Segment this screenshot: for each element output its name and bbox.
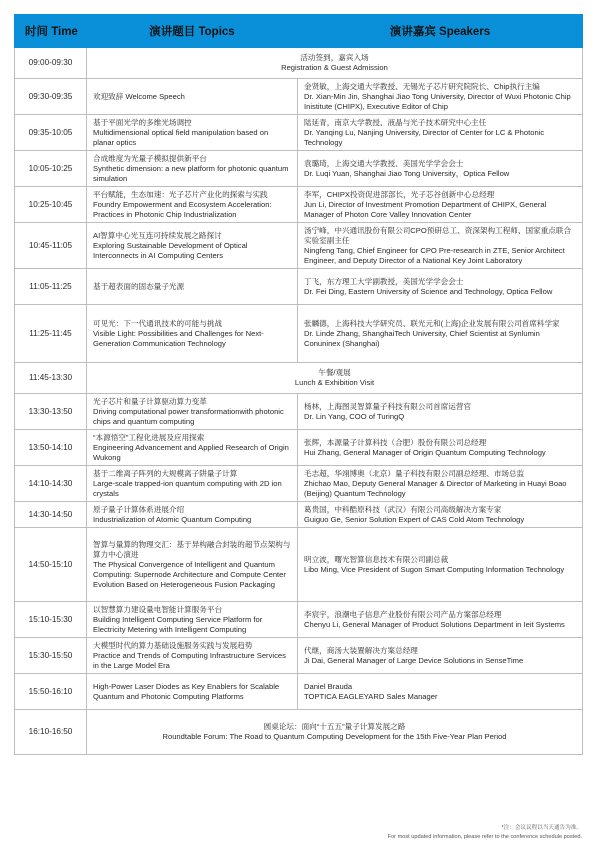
agenda-header: 时间 Time 演讲题目 Topics 演讲嘉宾 Speakers	[15, 15, 583, 48]
topic-title: 大模型时代的算力基础设施服务实践与发展趋势	[93, 641, 291, 651]
speaker-title: Guiguo Ge, Senior Solution Expert of CAS…	[304, 515, 576, 525]
agenda-row: 11:45-13:30午餐/观展Lunch & Exhibition Visit	[15, 363, 583, 394]
topic-title: 基于平面光学的多维光场调控	[93, 118, 291, 128]
header-speakers: 演讲嘉宾 Speakers	[298, 15, 583, 48]
time-cell: 10:25-10:45	[15, 187, 87, 223]
topic-title: High-Power Laser Diodes as Key Enablers …	[93, 682, 291, 702]
time-cell: 15:10-15:30	[15, 602, 87, 638]
topic-title: AI智算中心光互连可持续发展之路探讨	[93, 231, 291, 241]
speaker-cell: 毛志超，华翊博奥（北京）量子科技有限公司副总经理、市场总监Zhichao Mao…	[298, 466, 583, 502]
topic-cell: 可见光：下一代通讯技术的可能与挑战Visible Light: Possibil…	[87, 305, 298, 363]
speaker-title: Dr. Xian-Min Jin, Shanghai Jiao Tong Uni…	[304, 92, 576, 112]
agenda-row: 11:05-11:25基于超表面的固态量子光源丁飞，东方理工大学副教授，美国光学…	[15, 269, 583, 305]
time-cell: 09:35-10:05	[15, 115, 87, 151]
topic-subtitle: Synthetic dimension: a new platform for …	[93, 164, 291, 184]
session-title-cn: 午餐/观展	[93, 368, 576, 378]
topic-subtitle: Building Intelligent Computing Service P…	[93, 615, 291, 635]
agenda-row: 09:00-09:30活动签到，嘉宾入场Registration & Guest…	[15, 48, 583, 79]
time-cell: 11:05-11:25	[15, 269, 87, 305]
speaker-name: 汤宁峰，中兴通讯股份有限公司CPO预研总工、资深架构工程师、国家重点联合实验室副…	[304, 226, 576, 246]
speaker-name: 李宸宇，浪潮电子信息产业股份有限公司产品方案部总经理	[304, 610, 576, 620]
agenda-row: 15:50-16:10High-Power Laser Diodes as Ke…	[15, 674, 583, 710]
speaker-title: Dr. Lin Yang, COO of TuringQ	[304, 412, 576, 422]
agenda-row: 14:50-15:10智算与量算的物理交汇：基于异构融合封装的超节点架构与算力中…	[15, 528, 583, 602]
topic-title: 可见光：下一代通讯技术的可能与挑战	[93, 319, 291, 329]
agenda-row: 09:35-10:05基于平面光学的多维光场调控Multidimensional…	[15, 115, 583, 151]
header-time: 时间 Time	[15, 15, 87, 48]
time-cell: 11:25-11:45	[15, 305, 87, 363]
time-cell: 14:10-14:30	[15, 466, 87, 502]
agenda-row: 09:30-09:35欢迎致辞 Welcome Speech金贤敏，上海交通大学…	[15, 79, 583, 115]
topic-cell: 原子量子计算体系进展介绍Industrialization of Atomic …	[87, 502, 298, 528]
agenda-row: 15:30-15:50大模型时代的算力基础设施服务实践与发展趋势Practice…	[15, 638, 583, 674]
topic-subtitle: Foundry Empowerment and Ecosystem Accele…	[93, 200, 291, 220]
speaker-cell: 李宸宇，浪潮电子信息产业股份有限公司产品方案部总经理Chenyu Li, Gen…	[298, 602, 583, 638]
topic-cell: 平台赋能，生态加速：光子芯片产业化的探索与实践Foundry Empowerme…	[87, 187, 298, 223]
time-cell: 09:30-09:35	[15, 79, 87, 115]
time-cell: 09:00-09:30	[15, 48, 87, 79]
agenda-row: 10:25-10:45平台赋能，生态加速：光子芯片产业化的探索与实践Foundr…	[15, 187, 583, 223]
speaker-name: 毛志超，华翊博奥（北京）量子科技有限公司副总经理、市场总监	[304, 469, 576, 479]
speaker-title: Zhichao Mao, Deputy General Manager & Di…	[304, 479, 576, 499]
speaker-cell: 张麟德，上海科技大学研究员、联光元和(上海)企业发展有限公司首席科学家Dr. L…	[298, 305, 583, 363]
header-topics: 演讲题目 Topics	[87, 15, 298, 48]
session-cell: 圆桌论坛：面向“十五五”量子计算发展之路Roundtable Forum: Th…	[87, 710, 583, 755]
topic-subtitle: The Physical Convergence of Intelligent …	[93, 560, 291, 590]
session-title-en: Registration & Guest Admission	[93, 63, 576, 73]
topic-subtitle: Engineering Advancement and Applied Rese…	[93, 443, 291, 463]
speaker-name: 代继，商汤大装置解决方案总经理	[304, 646, 576, 656]
speaker-name: 明立波，曙光智算信息技术有限公司副总裁	[304, 555, 576, 565]
speaker-name: 葛贵国，中科酷原科技（武汉）有限公司高级解决方案专家	[304, 505, 576, 515]
topic-cell: 大模型时代的算力基础设施服务实践与发展趋势Practice and Trends…	[87, 638, 298, 674]
session-cell: 活动签到，嘉宾入场Registration & Guest Admission	[87, 48, 583, 79]
topic-cell: “本源悟空”工程化进展及应用探索Engineering Advancement …	[87, 430, 298, 466]
time-cell: 11:45-13:30	[15, 363, 87, 394]
agenda-body: 09:00-09:30活动签到，嘉宾入场Registration & Guest…	[15, 48, 583, 755]
speaker-title: Ningfeng Tang, Chief Engineer for CPO Pr…	[304, 246, 576, 266]
agenda-row: 13:50-14:10“本源悟空”工程化进展及应用探索Engineering A…	[15, 430, 583, 466]
topic-subtitle: Visible Light: Possibilities and Challen…	[93, 329, 291, 349]
speaker-title: Chenyu Li, General Manager of Product So…	[304, 620, 576, 630]
topic-title: “本源悟空”工程化进展及应用探索	[93, 433, 291, 443]
time-cell: 15:50-16:10	[15, 674, 87, 710]
topic-subtitle: Exploring Sustainable Development of Opt…	[93, 241, 291, 261]
speaker-title: Libo Ming, Vice President of Sugon Smart…	[304, 565, 576, 575]
speaker-cell: 杨林，上海图灵智算量子科技有限公司首席运营官Dr. Lin Yang, COO …	[298, 394, 583, 430]
agenda-row: 10:05-10:25合成维度为光量子模拟提供新平台Synthetic dime…	[15, 151, 583, 187]
speaker-cell: 代继，商汤大装置解决方案总经理Ji Dai, General Manager o…	[298, 638, 583, 674]
topic-title: 基于超表面的固态量子光源	[93, 282, 291, 292]
agenda-row: 11:25-11:45可见光：下一代通讯技术的可能与挑战Visible Ligh…	[15, 305, 583, 363]
speaker-name: 袁璐琦，上海交通大学教授、美国光学学会会士	[304, 159, 576, 169]
topic-title: 智算与量算的物理交汇：基于异构融合封装的超节点架构与算力中心演进	[93, 540, 291, 560]
speaker-cell: 葛贵国，中科酷原科技（武汉）有限公司高级解决方案专家Guiguo Ge, Sen…	[298, 502, 583, 528]
agenda-row: 16:10-16:50圆桌论坛：面向“十五五”量子计算发展之路Roundtabl…	[15, 710, 583, 755]
speaker-title: Dr. Luqi Yuan, Shanghai Jiao Tong Univer…	[304, 169, 576, 179]
topic-title: 原子量子计算体系进展介绍	[93, 505, 291, 515]
topic-title: 以智慧算力建设量电智能计算服务平台	[93, 605, 291, 615]
topic-cell: 光子芯片和量子计算驱动算力变革Driving computational pow…	[87, 394, 298, 430]
speaker-cell: 李军，CHIPX投资促进部部长，光子芯谷创新中心总经理Jun Li, Direc…	[298, 187, 583, 223]
speaker-name: 张辉，本源量子计算科技（合肥）股份有限公司总经理	[304, 438, 576, 448]
speaker-cell: 金贤敏，上海交通大学教授、无锡光子芯片研究院院长、Chip执行主编Dr. Xia…	[298, 79, 583, 115]
time-cell: 13:50-14:10	[15, 430, 87, 466]
topic-cell: 基于二维离子阵列的大规模离子阱量子计算Large-scale trapped-i…	[87, 466, 298, 502]
agenda-row: 14:10-14:30基于二维离子阵列的大规模离子阱量子计算Large-scal…	[15, 466, 583, 502]
speaker-cell: 张辉，本源量子计算科技（合肥）股份有限公司总经理Hui Zhang, Gener…	[298, 430, 583, 466]
speaker-cell: 袁璐琦，上海交通大学教授、美国光学学会会士Dr. Luqi Yuan, Shan…	[298, 151, 583, 187]
topic-cell: High-Power Laser Diodes as Key Enablers …	[87, 674, 298, 710]
topic-cell: 智算与量算的物理交汇：基于异构融合封装的超节点架构与算力中心演进The Phys…	[87, 528, 298, 602]
agenda-row: 13:30-13:50光子芯片和量子计算驱动算力变革Driving comput…	[15, 394, 583, 430]
speaker-cell: 陆延青，南京大学教授、液晶与光子技术研究中心主任Dr. Yanqing Lu, …	[298, 115, 583, 151]
time-cell: 10:05-10:25	[15, 151, 87, 187]
session-title-en: Lunch & Exhibition Visit	[93, 378, 576, 388]
speaker-name: Daniel Brauda	[304, 682, 576, 692]
footnote-cn: *注：会议议程以当天通告为准。	[388, 824, 582, 833]
topic-cell: AI智算中心光互连可持续发展之路探讨Exploring Sustainable …	[87, 223, 298, 269]
topic-subtitle: Practice and Trends of Computing Infrast…	[93, 651, 291, 671]
topic-cell: 以智慧算力建设量电智能计算服务平台Building Intelligent Co…	[87, 602, 298, 638]
agenda-table: 时间 Time 演讲题目 Topics 演讲嘉宾 Speakers 09:00-…	[14, 14, 583, 755]
topic-subtitle: Industrialization of Atomic Quantum Comp…	[93, 515, 291, 525]
time-cell: 14:30-14:50	[15, 502, 87, 528]
speaker-name: 李军，CHIPX投资促进部部长，光子芯谷创新中心总经理	[304, 190, 576, 200]
speaker-title: Dr. Fei Ding, Eastern University of Scie…	[304, 287, 576, 297]
footnote: *注：会议议程以当天通告为准。 For most updated informa…	[388, 824, 582, 842]
topic-cell: 欢迎致辞 Welcome Speech	[87, 79, 298, 115]
time-cell: 15:30-15:50	[15, 638, 87, 674]
topic-title: 欢迎致辞 Welcome Speech	[93, 92, 291, 102]
speaker-name: 金贤敏，上海交通大学教授、无锡光子芯片研究院院长、Chip执行主编	[304, 82, 576, 92]
speaker-cell: 丁飞，东方理工大学副教授，美国光学学会会士Dr. Fei Ding, Easte…	[298, 269, 583, 305]
speaker-title: Hui Zhang, General Manager of Origin Qua…	[304, 448, 576, 458]
topic-subtitle: Driving computational power transformati…	[93, 407, 291, 427]
topic-title: 基于二维离子阵列的大规模离子阱量子计算	[93, 469, 291, 479]
speaker-name: 杨林，上海图灵智算量子科技有限公司首席运营官	[304, 402, 576, 412]
speaker-name: 陆延青，南京大学教授、液晶与光子技术研究中心主任	[304, 118, 576, 128]
topic-cell: 基于超表面的固态量子光源	[87, 269, 298, 305]
session-title-en: Roundtable Forum: The Road to Quantum Co…	[93, 732, 576, 742]
speaker-cell: Daniel BraudaTOPTICA EAGLEYARD Sales Man…	[298, 674, 583, 710]
footnote-en: For most updated information, please ref…	[388, 833, 582, 842]
speaker-cell: 汤宁峰，中兴通讯股份有限公司CPO预研总工、资深架构工程师、国家重点联合实验室副…	[298, 223, 583, 269]
topic-subtitle: Large-scale trapped-ion quantum computin…	[93, 479, 291, 499]
session-title-cn: 圆桌论坛：面向“十五五”量子计算发展之路	[93, 722, 576, 732]
session-title-cn: 活动签到，嘉宾入场	[93, 53, 576, 63]
time-cell: 13:30-13:50	[15, 394, 87, 430]
speaker-cell: 明立波，曙光智算信息技术有限公司副总裁Libo Ming, Vice Presi…	[298, 528, 583, 602]
speaker-title: Dr. Yanqing Lu, Nanjing University, Dire…	[304, 128, 576, 148]
topic-title: 平台赋能，生态加速：光子芯片产业化的探索与实践	[93, 190, 291, 200]
time-cell: 14:50-15:10	[15, 528, 87, 602]
speaker-name: 张麟德，上海科技大学研究员、联光元和(上海)企业发展有限公司首席科学家	[304, 319, 576, 329]
time-cell: 16:10-16:50	[15, 710, 87, 755]
time-cell: 10:45-11:05	[15, 223, 87, 269]
topic-subtitle: Multidimensional optical field manipulat…	[93, 128, 291, 148]
topic-title: 合成维度为光量子模拟提供新平台	[93, 154, 291, 164]
speaker-title: TOPTICA EAGLEYARD Sales Manager	[304, 692, 576, 702]
speaker-title: Jun Li, Director of Investment Promotion…	[304, 200, 576, 220]
agenda-row: 14:30-14:50原子量子计算体系进展介绍Industrialization…	[15, 502, 583, 528]
session-cell: 午餐/观展Lunch & Exhibition Visit	[87, 363, 583, 394]
topic-title: 光子芯片和量子计算驱动算力变革	[93, 397, 291, 407]
speaker-title: Ji Dai, General Manager of Large Device …	[304, 656, 576, 666]
speaker-title: Dr. Linde Zhang, ShanghaiTech University…	[304, 329, 576, 349]
topic-cell: 基于平面光学的多维光场调控Multidimensional optical fi…	[87, 115, 298, 151]
speaker-name: 丁飞，东方理工大学副教授，美国光学学会会士	[304, 277, 576, 287]
agenda-row: 15:10-15:30以智慧算力建设量电智能计算服务平台Building Int…	[15, 602, 583, 638]
agenda-row: 10:45-11:05AI智算中心光互连可持续发展之路探讨Exploring S…	[15, 223, 583, 269]
topic-cell: 合成维度为光量子模拟提供新平台Synthetic dimension: a ne…	[87, 151, 298, 187]
